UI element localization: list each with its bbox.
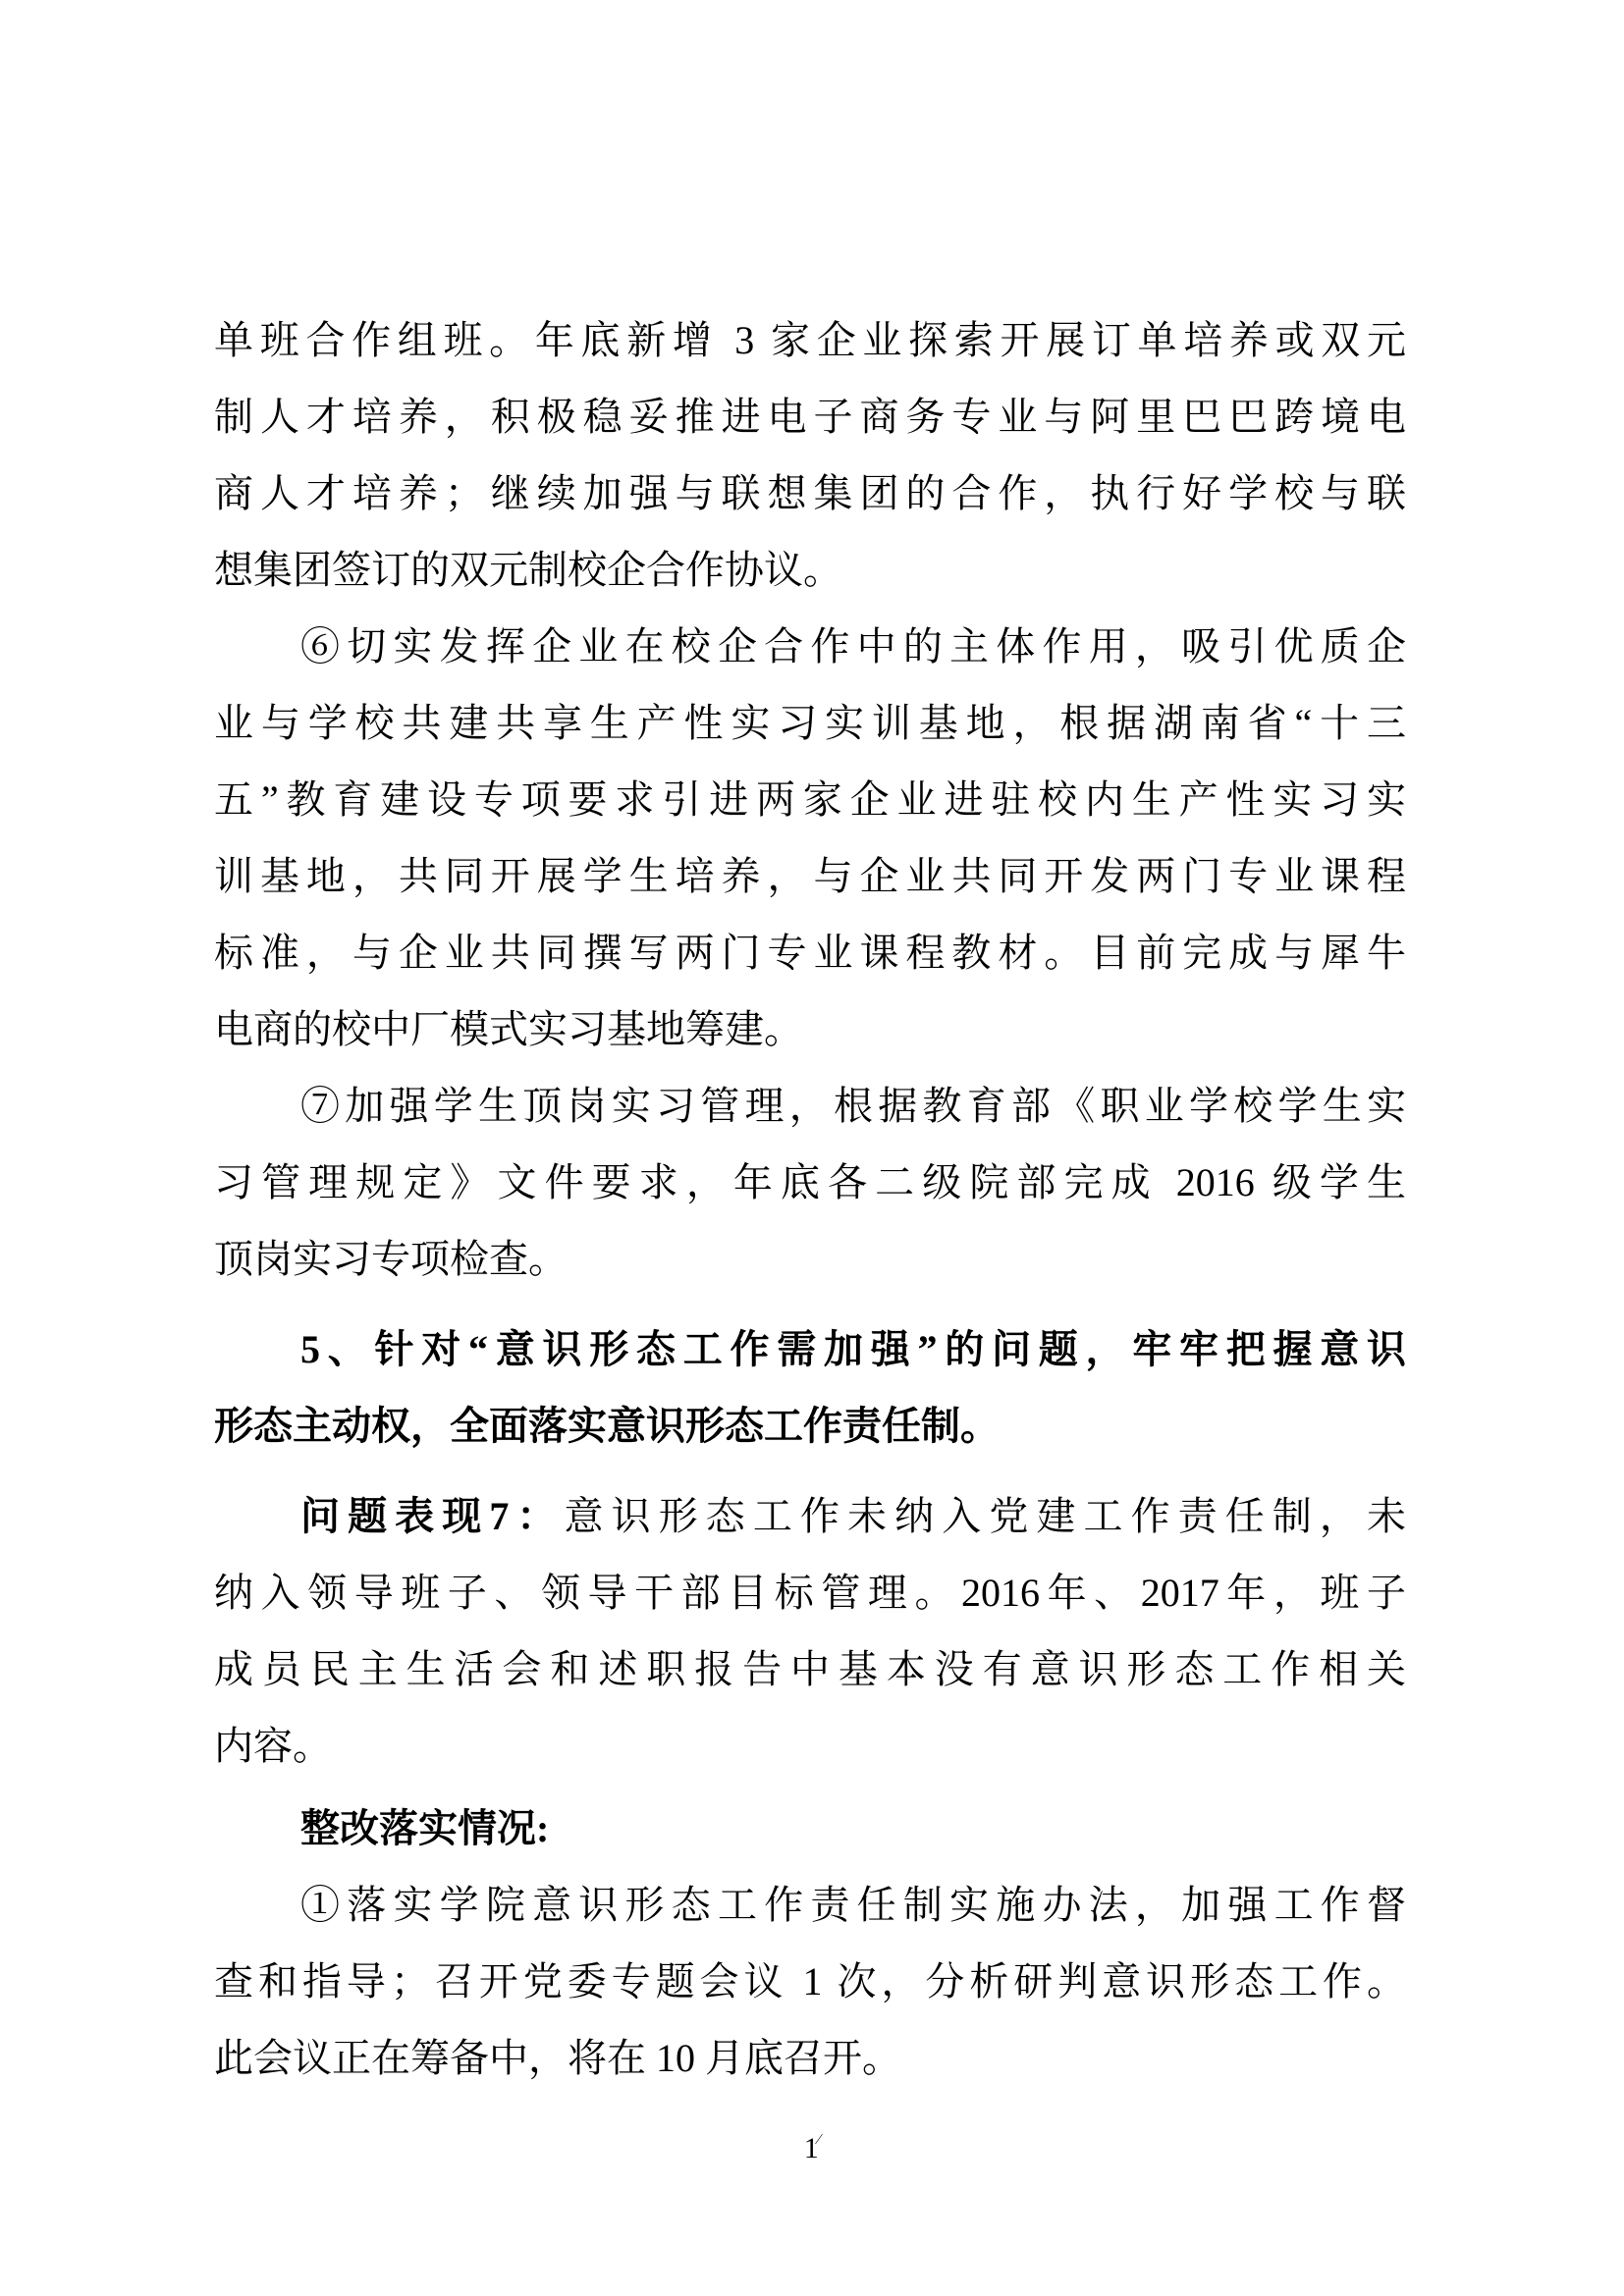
text-line: ⑦加强学生顶岗实习管理，根据教育部《职业学校学生实 (214, 1068, 1406, 1145)
text-segment: 查和指导；召开党委专题会议 1 次，分析研判意识形态工作。 (214, 1959, 1406, 2003)
paragraph-item-7: ⑦加强学生顶岗实习管理，根据教育部《职业学校学生实习管理规定》文件要求，年底各二… (214, 1068, 1406, 1298)
label-rectification-status: 整改落实情况: (214, 1790, 1406, 1867)
text-line: 此会议正在筹备中，将在 10 月底召开。 (214, 2020, 1406, 2097)
page-number-mark: ∕ (818, 2120, 821, 2160)
paragraph-rectification-1: ①落实学院意识形态工作责任制实施办法，加强工作督查和指导；召开党委专题会议 1 … (214, 1867, 1406, 2097)
document-page: 单班合作组班。年底新增 3 家企业探索开展订单培养或双元制人才培养，积极稳妥推进… (0, 0, 1624, 2296)
text-segment: 制人才培养，积极稳妥推进电子商务专业与阿里巴巴跨境电 (214, 395, 1406, 439)
paragraph-item-6: ⑥切实发挥企业在校企合作中的主体作用，吸引优质企业与学校共建共享生产性实习实训基… (214, 609, 1406, 1068)
text-segment: 业与学校共建共享生产性实习实训基地，根据湖南省“十三 (214, 701, 1406, 745)
text-line: 成员民主生活会和述职报告中基本没有意识形态工作相关 (214, 1631, 1406, 1708)
paragraph-enterprise-cooperation: 单班合作组班。年底新增 3 家企业探索开展订单培养或双元制人才培养，积极稳妥推进… (214, 302, 1406, 609)
text-line: 训基地，共同开展学生培养，与企业共同开发两门专业课程 (214, 838, 1406, 915)
text-line: 5、针对“意识形态工作需加强”的问题，牢牢把握意识 (214, 1311, 1406, 1388)
text-line: 问题表现7：意识形态工作未纳入党建工作责任制，未 (214, 1478, 1406, 1555)
text-segment: 内容。 (214, 1724, 332, 1768)
text-line: ①落实学院意识形态工作责任制实施办法，加强工作督 (214, 1867, 1406, 1944)
text-segment: 五”教育建设专项要求引进两家企业进驻校内生产性实习实 (214, 777, 1406, 822)
text-segment: 意识形态工作未纳入党建工作责任制，未 (565, 1494, 1406, 1538)
text-line: ⑥切实发挥企业在校企合作中的主体作用，吸引优质企 (214, 609, 1406, 685)
text-segment: 成员民主生活会和述职报告中基本没有意识形态工作相关 (214, 1647, 1406, 1691)
bold-text-segment: 形态主动权，全面落实意识形态工作责任制。 (214, 1404, 1000, 1448)
text-segment: 纳入领导班子、领导干部目标管理。2016年、2017年，班子 (214, 1571, 1406, 1615)
heading-point-5: 5、针对“意识形态工作需加强”的问题，牢牢把握意识形态主动权，全面落实意识形态工… (214, 1311, 1406, 1465)
text-line: 单班合作组班。年底新增 3 家企业探索开展订单培养或双元 (214, 302, 1406, 379)
text-segment: 顶岗实习专项检查。 (214, 1237, 568, 1281)
text-segment: 标准，与企业共同撰写两门专业课程教材。目前完成与犀牛 (214, 931, 1406, 975)
bold-text-segment: 5、针对“意识形态工作需加强”的问题，牢牢把握意识 (300, 1327, 1406, 1371)
text-segment: 习管理规定》文件要求，年底各二级院部完成 2016 级学生 (214, 1160, 1406, 1204)
text-line: 标准，与企业共同撰写两门专业课程教材。目前完成与犀牛 (214, 915, 1406, 991)
text-segment: ⑥切实发挥企业在校企合作中的主体作用，吸引优质企 (300, 624, 1406, 668)
text-line: 顶岗实习专项检查。 (214, 1221, 1406, 1298)
text-line: 整改落实情况: (214, 1790, 1406, 1867)
text-segment: 单班合作组班。年底新增 3 家企业探索开展订单培养或双元 (214, 318, 1406, 362)
text-segment: 训基地，共同开展学生培养，与企业共同开发两门专业课程 (214, 854, 1406, 898)
text-line: 想集团签订的双元制校企合作协议。 (214, 532, 1406, 609)
text-segment: 想集团签订的双元制校企合作协议。 (214, 548, 842, 592)
page-footer: 1∕ (0, 2120, 1624, 2168)
text-line: 形态主动权，全面落实意识形态工作责任制。 (214, 1388, 1406, 1465)
text-line: 五”教育建设专项要求引进两家企业进驻校内生产性实习实 (214, 762, 1406, 838)
page-number: 1 (804, 2132, 819, 2164)
text-line: 业与学校共建共享生产性实习实训基地，根据湖南省“十三 (214, 685, 1406, 762)
bold-text-segment: 问题表现7： (300, 1494, 565, 1538)
text-segment: 商人才培养；继续加强与联想集团的合作，执行好学校与联 (214, 471, 1406, 515)
paragraph-problem-7: 问题表现7：意识形态工作未纳入党建工作责任制，未纳入领导班子、领导干部目标管理。… (214, 1478, 1406, 1785)
text-line: 纳入领导班子、领导干部目标管理。2016年、2017年，班子 (214, 1555, 1406, 1631)
text-line: 内容。 (214, 1708, 1406, 1785)
text-line: 电商的校中厂模式实习基地筹建。 (214, 991, 1406, 1068)
bold-text-segment: 整改落实情况: (300, 1806, 549, 1850)
text-line: 商人才培养；继续加强与联想集团的合作，执行好学校与联 (214, 455, 1406, 532)
text-segment: ①落实学院意识形态工作责任制实施办法，加强工作督 (300, 1883, 1406, 1927)
document-text: 单班合作组班。年底新增 3 家企业探索开展订单培养或双元制人才培养，积极稳妥推进… (214, 302, 1406, 2097)
text-line: 习管理规定》文件要求，年底各二级院部完成 2016 级学生 (214, 1145, 1406, 1221)
text-line: 查和指导；召开党委专题会议 1 次，分析研判意识形态工作。 (214, 1944, 1406, 2020)
text-segment: 此会议正在筹备中，将在 10 月底召开。 (214, 2036, 901, 2080)
text-line: 制人才培养，积极稳妥推进电子商务专业与阿里巴巴跨境电 (214, 379, 1406, 455)
text-segment: 电商的校中厂模式实习基地筹建。 (214, 1007, 803, 1051)
text-segment: ⑦加强学生顶岗实习管理，根据教育部《职业学校学生实 (300, 1084, 1406, 1128)
